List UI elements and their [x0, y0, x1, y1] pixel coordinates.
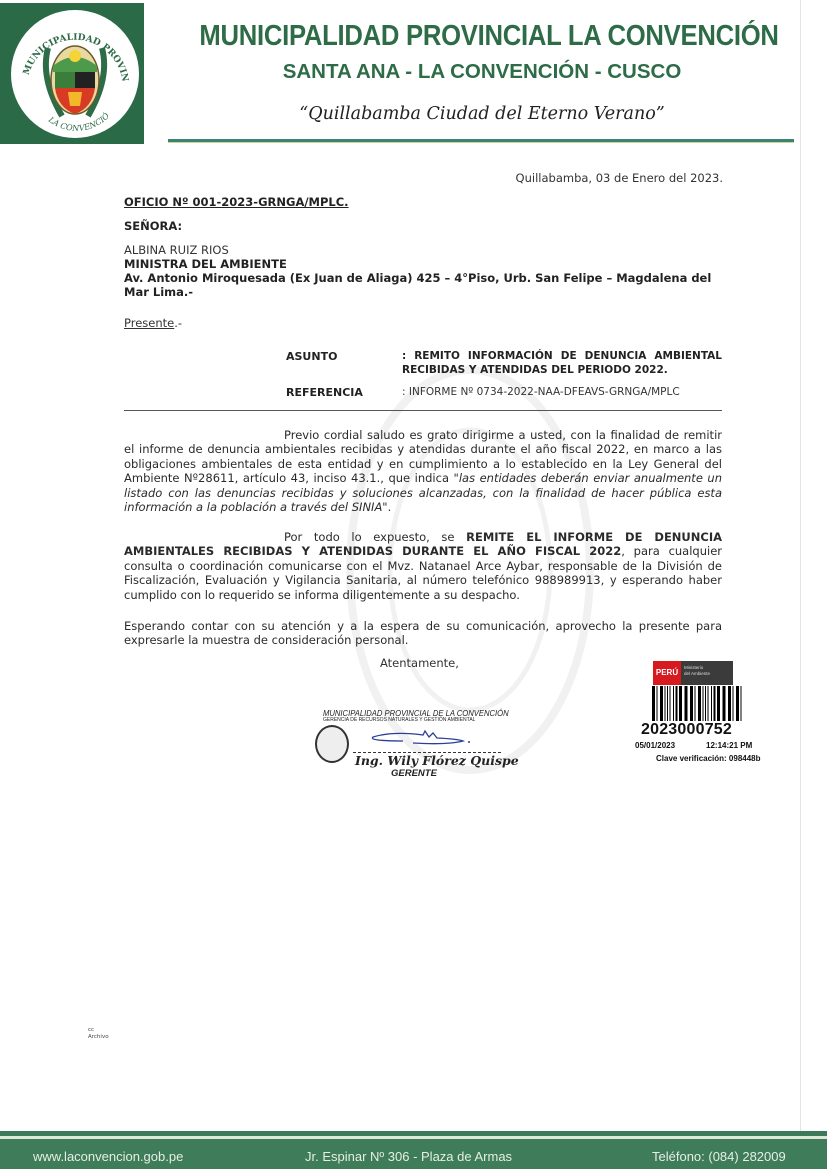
handwritten-signature-icon [363, 727, 473, 751]
footer-bar: www.laconvencion.gob.pe Jr. Espinar Nº 3… [0, 1139, 827, 1169]
ministry-logo: PERÚ Ministerio del Ambiente [653, 661, 733, 685]
signature-stamp: MUNICIPALIDAD PROVINCIAL DE LA CONVENCIÓ… [315, 705, 505, 785]
reception-date: 05/01/2023 [635, 741, 675, 750]
copies-cc: cc [88, 1027, 109, 1034]
municipal-logo: MUNICIPALIDAD PROVINCIAL LA CONVENCIÓN [0, 3, 144, 144]
recipient-name: ALBINA RUIZ RIOS [124, 243, 724, 257]
official-seal-icon [315, 725, 349, 763]
closing-word: Atentamente, [380, 656, 459, 671]
footer-website[interactable]: www.laconvencion.gob.pe [33, 1149, 183, 1164]
copies-list: cc Archivo [88, 1027, 109, 1041]
paragraph-request-start: Por todo lo expuesto, se [284, 530, 466, 544]
scan-edge-line [800, 0, 801, 1169]
ministry-line2: del Ambiente [684, 671, 710, 677]
institution-title: MUNICIPALIDAD PROVINCIAL LA CONVENCIÓN [199, 20, 764, 53]
paragraph-closing: Esperando contar con su atención y a la … [124, 619, 722, 648]
recipient-address: Av. Antonio Miroquesada (Ex Juan de Alia… [124, 271, 724, 299]
reference-label: REFERENCIA [286, 385, 363, 400]
tracking-number: 2023000752 [641, 721, 732, 739]
recipient-position: MINISTRA DEL AMBIENTE [124, 257, 724, 271]
reception-time: 12:14:21 PM [706, 741, 752, 750]
copies-archive: Archivo [88, 1034, 109, 1041]
subject-value: : REMITO INFORMACIÓN DE DENUNCIA AMBIENT… [402, 349, 722, 377]
ministry-name: Ministerio del Ambiente [684, 665, 710, 677]
coat-of-arms-icon: MUNICIPALIDAD PROVINCIAL LA CONVENCIÓN [10, 8, 140, 140]
signer-role: GERENTE [391, 768, 437, 779]
reference-value: : INFORME Nº 0734-2022-NAA-DFEAVS-GRNGA/… [402, 385, 722, 399]
document-number: OFICIO Nº 001-2023-GRNGA/MPLC. [124, 195, 349, 210]
peru-badge: PERÚ [653, 661, 681, 685]
institution-motto: “Quillabamba Ciudad del Eterno Verano” [168, 104, 796, 124]
presente-text: Presente [124, 316, 174, 330]
footer-phone: Teléfono: (084) 282009 [652, 1149, 786, 1164]
stamp-department: GERENCIA DE RECURSOS NATURALES Y GESTIÓN… [323, 717, 475, 723]
paragraph-intro-end: . [388, 500, 392, 514]
header-divider [168, 139, 794, 143]
barcode-icon [652, 686, 744, 721]
presente-line: Presente.- [124, 316, 182, 331]
salutation: SEÑORA: [124, 219, 182, 234]
verification-key: Clave verificación: 098448b [656, 754, 761, 763]
signer-name: Ing. Wily Flórez Quispe [355, 753, 519, 768]
recipient-block: ALBINA RUIZ RIOS MINISTRA DEL AMBIENTE A… [124, 243, 724, 299]
presente-suffix: .- [174, 316, 182, 331]
subject-divider [124, 410, 722, 411]
place-date: Quillabamba, 03 de Enero del 2023. [516, 171, 723, 186]
paragraph-request: Por todo lo expuesto, se REMITE EL INFOR… [124, 530, 722, 602]
paragraph-intro: Previo cordial saludo es grato dirigirme… [124, 428, 722, 514]
institution-location: SANTA ANA - LA CONVENCIÓN - CUSCO [168, 60, 796, 84]
footer-address: Jr. Espinar Nº 306 - Plaza de Armas [305, 1149, 512, 1164]
subject-label: ASUNTO [286, 349, 337, 364]
